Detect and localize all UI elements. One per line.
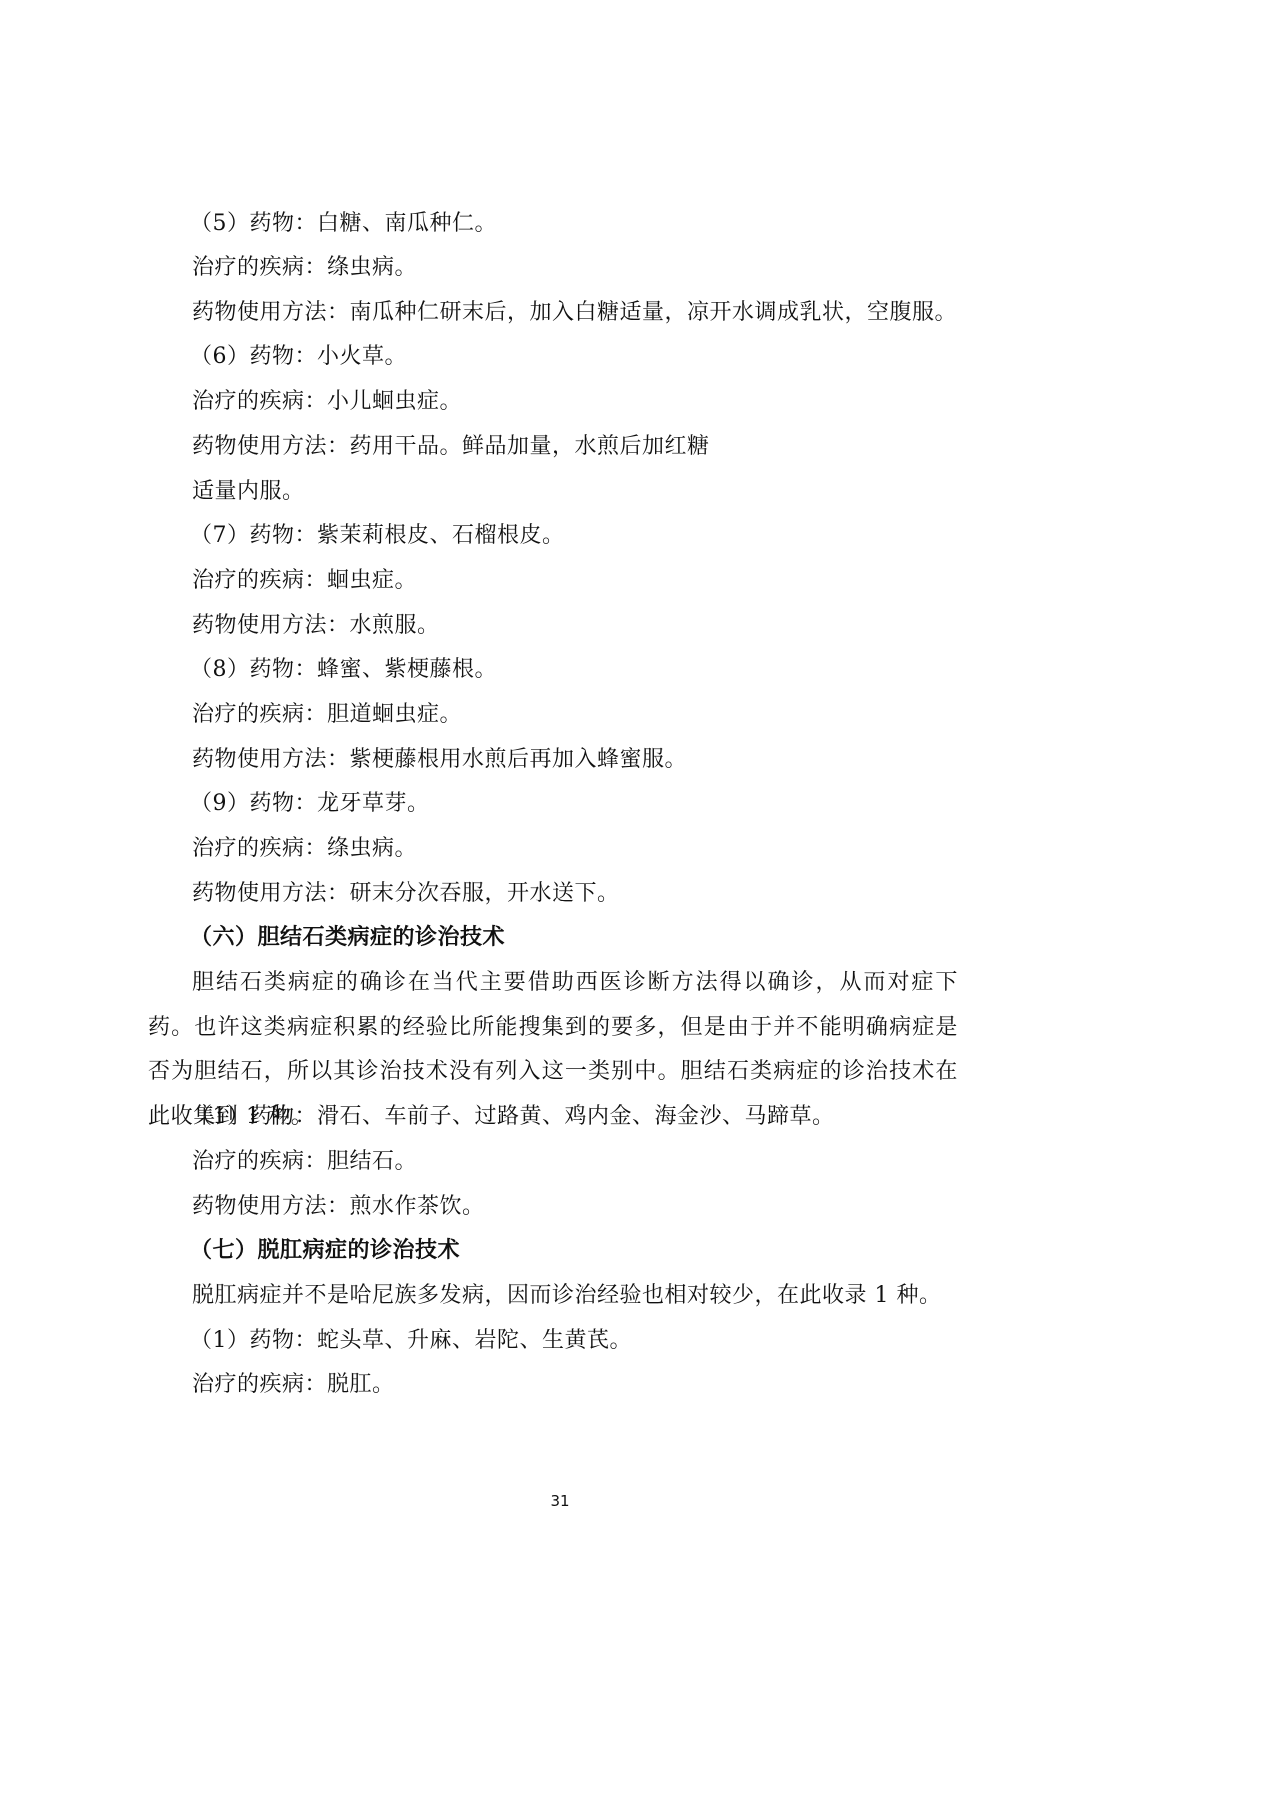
item-6-usage-cont: 适量内服。 — [192, 477, 305, 507]
item-5-disease: 治疗的疾病：绦虫病。 — [192, 253, 417, 283]
item-7-disease: 治疗的疾病：蛔虫症。 — [192, 566, 417, 596]
item-9-drug: （9）药物：龙牙草芽。 — [190, 789, 430, 819]
section-6-item-1-usage: 药物使用方法：煎水作茶饮。 — [192, 1192, 485, 1222]
item-8-drug: （8）药物：蜂蜜、紫梗藤根。 — [190, 655, 497, 685]
item-7-usage: 药物使用方法：水煎服。 — [192, 611, 440, 641]
section-6-heading: （六）胆结石类病症的诊治技术 — [190, 923, 505, 953]
item-7-drug: （7）药物：紫茉莉根皮、石榴根皮。 — [190, 521, 565, 551]
page-number: 31 — [0, 1492, 1120, 1510]
section-6-item-1-disease: 治疗的疾病：胆结石。 — [192, 1147, 417, 1177]
section-7-heading: （七）脱肛病症的诊治技术 — [190, 1236, 460, 1266]
section-6-item-1-drug: （1）药物：滑石、车前子、过路黄、鸡内金、海金沙、马蹄草。 — [190, 1102, 835, 1132]
item-8-usage: 药物使用方法：紫梗藤根用水煎后再加入蜂蜜服。 — [192, 745, 687, 775]
item-6-drug: （6）药物：小火草。 — [190, 342, 407, 372]
item-5-drug: （5）药物：白糖、南瓜种仁。 — [190, 209, 497, 239]
item-5-usage: 药物使用方法：南瓜种仁研末后，加入白糖适量，凉开水调成乳状，空腹服。 — [192, 298, 957, 328]
item-6-disease: 治疗的疾病：小儿蛔虫症。 — [192, 387, 462, 417]
section-7-item-1-drug: （1）药物：蛇头草、升麻、岩陀、生黄芪。 — [190, 1326, 632, 1356]
item-9-usage: 药物使用方法：研末分次吞服，开水送下。 — [192, 879, 620, 909]
document-page: （5）药物：白糖、南瓜种仁。 治疗的疾病：绦虫病。 药物使用方法：南瓜种仁研末后… — [0, 0, 1274, 1801]
item-6-usage: 药物使用方法：药用干品。鲜品加量，水煎后加红糖 — [192, 432, 710, 462]
section-7-item-1-disease: 治疗的疾病：脱肛。 — [192, 1370, 395, 1400]
section-7-paragraph: 脱肛病症并不是哈尼族多发病，因而诊治经验也相对较少，在此收录 1 种。 — [192, 1281, 942, 1311]
item-8-disease: 治疗的疾病：胆道蛔虫症。 — [192, 700, 462, 730]
item-9-disease: 治疗的疾病：绦虫病。 — [192, 834, 417, 864]
